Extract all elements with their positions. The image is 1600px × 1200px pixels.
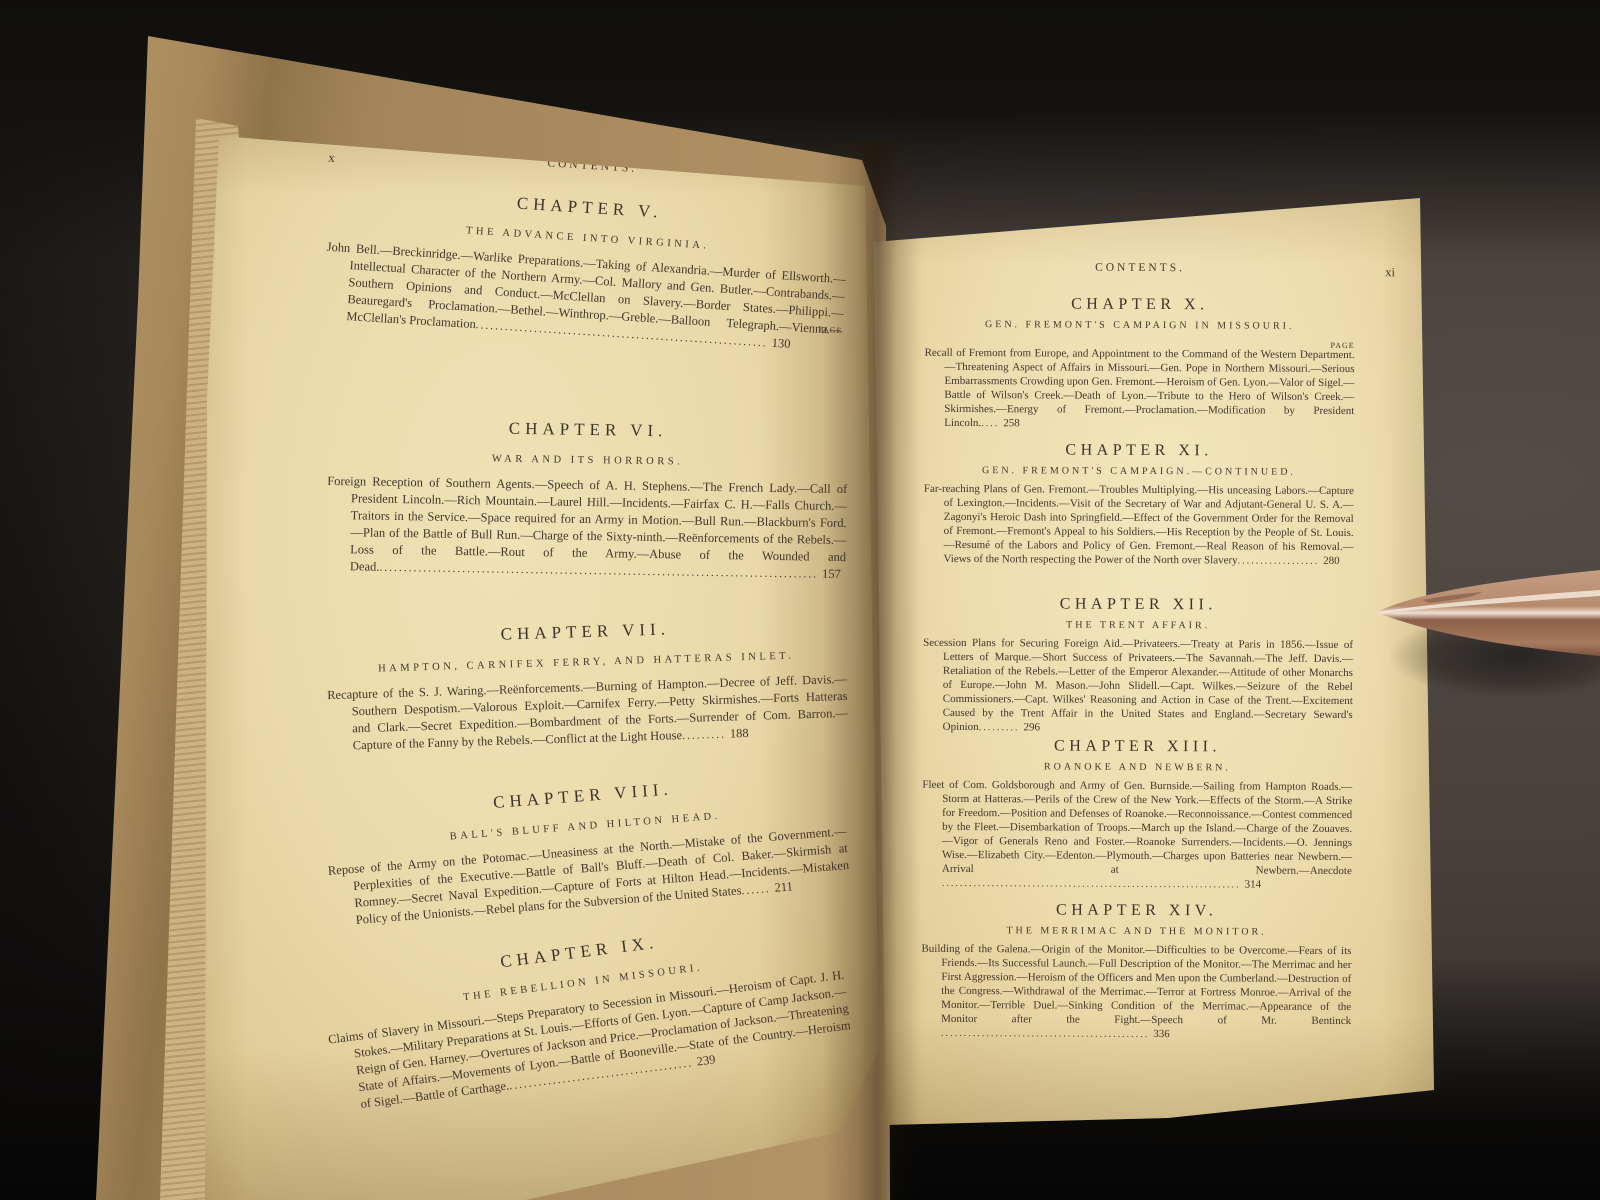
chapter-summary: Recall of Fremont from Europe, and Appoi… bbox=[924, 346, 1354, 433]
page-column-label: PAGE bbox=[818, 325, 843, 335]
chapter-subtitle: GEN. FREMONT'S CAMPAIGN IN MISSOURI. bbox=[925, 319, 1355, 332]
chapter-8-entry: CHAPTER VIII. BALL'S BLUFF AND HILTON HE… bbox=[323, 766, 851, 932]
left-page: x CONTENTS. CHAPTER V. THE ADVANCE INTO … bbox=[185, 120, 885, 1200]
photo-of-open-book: x CONTENTS. CHAPTER V. THE ADVANCE INTO … bbox=[0, 0, 1600, 1200]
chapter-page-ref: 130 bbox=[767, 336, 791, 351]
summary-text: Recall of Fremont from Europe, and Appoi… bbox=[925, 347, 1355, 429]
letter-opener bbox=[1372, 566, 1600, 662]
chapter-summary: Claims of Slavery in Missouri.—Steps Pre… bbox=[327, 967, 854, 1117]
chapter-page-ref: 280 bbox=[1319, 555, 1340, 567]
summary-text: Claims of Slavery in Missouri.—Steps Pre… bbox=[327, 968, 851, 1112]
chapter-page-ref: 211 bbox=[770, 879, 793, 895]
chapter-heading: CHAPTER XII. bbox=[923, 595, 1353, 615]
summary-text: Fleet of Com. Goldsborough and Army of G… bbox=[922, 779, 1352, 877]
chapter-summary: Foreign Reception of Southern Agents.—Sp… bbox=[326, 473, 848, 584]
dot-leader: ...... bbox=[741, 883, 771, 897]
dot-leader: .................. bbox=[1238, 555, 1320, 566]
summary-text: Recapture of the S. J. Waring.—Reënforce… bbox=[327, 672, 848, 753]
chapter-subtitle: ROANOKE AND NEWBERN. bbox=[922, 761, 1352, 774]
chapter-heading: CHAPTER XIV. bbox=[922, 901, 1352, 921]
chapter-subtitle: HAMPTON, CARNIFEX FERRY, AND HATTERAS IN… bbox=[326, 649, 846, 676]
chapter-14-entry: CHAPTER XIV. THE MERRIMAC AND THE MONITO… bbox=[921, 901, 1352, 1043]
dot-leader: ........................................… bbox=[941, 1028, 1149, 1040]
chapter-summary: John Bell.—Breckinridge.—Warlike Prepara… bbox=[322, 239, 846, 357]
chapter-page-ref: 239 bbox=[692, 1052, 716, 1069]
chapter-subtitle: GEN. FREMONT'S CAMPAIGN.—CONTINUED. bbox=[924, 465, 1354, 478]
left-page-number: x bbox=[328, 150, 335, 166]
chapter-12-entry: CHAPTER XII. THE TRENT AFFAIR. Secession… bbox=[923, 595, 1354, 737]
chapter-6-entry: CHAPTER VI. WAR AND ITS HORRORS. Foreign… bbox=[326, 416, 848, 584]
chapter-10-entry: CHAPTER X. GEN. FREMONT'S CAMPAIGN IN MI… bbox=[924, 295, 1355, 433]
chapter-page-ref: 188 bbox=[726, 726, 749, 741]
chapter-heading: CHAPTER X. bbox=[925, 295, 1355, 315]
chapter-page-ref: 258 bbox=[999, 417, 1020, 429]
chapter-13-entry: CHAPTER XIII. ROANOKE AND NEWBERN. Fleet… bbox=[922, 737, 1353, 893]
summary-text: Secession Plans for Securing Foreign Aid… bbox=[923, 637, 1353, 733]
chapter-heading: CHAPTER VII. bbox=[325, 614, 845, 650]
chapter-subtitle: THE TRENT AFFAIR. bbox=[923, 619, 1353, 632]
chapter-summary: Building of the Galena.—Origin of the Mo… bbox=[921, 942, 1352, 1043]
summary-text: Foreign Reception of Southern Agents.—Sp… bbox=[327, 474, 847, 574]
chapter-11-entry: CHAPTER XI. GEN. FREMONT'S CAMPAIGN.—CON… bbox=[923, 441, 1354, 569]
chapter-subtitle: WAR AND ITS HORRORS. bbox=[328, 451, 848, 470]
running-head: CONTENTS. bbox=[925, 261, 1355, 275]
chapter-summary: Fleet of Com. Goldsborough and Army of G… bbox=[922, 778, 1353, 893]
right-page: CONTENTS. xi CHAPTER X. GEN. FREMONT'S C… bbox=[868, 190, 1438, 1130]
chapter-heading: CHAPTER XI. bbox=[924, 441, 1354, 461]
dot-leader: .... bbox=[981, 418, 999, 429]
right-page-header: CONTENTS. xi bbox=[925, 261, 1355, 275]
chapter-summary: Secession Plans for Securing Foreign Aid… bbox=[923, 636, 1354, 737]
chapter-9-entry: CHAPTER IX. THE REBELLION IN MISSOURI. C… bbox=[320, 910, 854, 1117]
chapter-page-ref: 157 bbox=[818, 567, 841, 581]
chapter-page-ref: 314 bbox=[1241, 878, 1262, 890]
chapter-summary: Recapture of the S. J. Waring.—Reënforce… bbox=[327, 671, 849, 756]
right-page-content: CONTENTS. xi CHAPTER X. GEN. FREMONT'S C… bbox=[866, 189, 1441, 1132]
right-page-number: xi bbox=[1385, 265, 1395, 280]
dot-leader: ........................................… bbox=[379, 562, 818, 581]
chapter-7-entry: CHAPTER VII. HAMPTON, CARNIFEX FERRY, AN… bbox=[325, 614, 849, 756]
chapter-subtitle: THE MERRIMAC AND THE MONITOR. bbox=[922, 925, 1352, 938]
summary-text: Building of the Galena.—Origin of the Mo… bbox=[921, 943, 1351, 1027]
dot-leader: ........................................… bbox=[942, 878, 1241, 891]
chapter-summary: Far-reaching Plans of Gen. Fremont.—Trou… bbox=[923, 482, 1353, 569]
chapter-page-ref: 336 bbox=[1149, 1028, 1170, 1040]
page-column-label: PAGE bbox=[1330, 341, 1354, 350]
chapter-page-ref: 296 bbox=[1019, 721, 1040, 733]
chapter-heading: CHAPTER VI. bbox=[328, 416, 848, 444]
dot-leader: ......... bbox=[979, 722, 1020, 733]
chapter-heading: CHAPTER XIII. bbox=[923, 737, 1353, 757]
dot-leader: ......... bbox=[682, 729, 726, 742]
summary-text: Far-reaching Plans of Gen. Fremont.—Trou… bbox=[924, 483, 1354, 567]
